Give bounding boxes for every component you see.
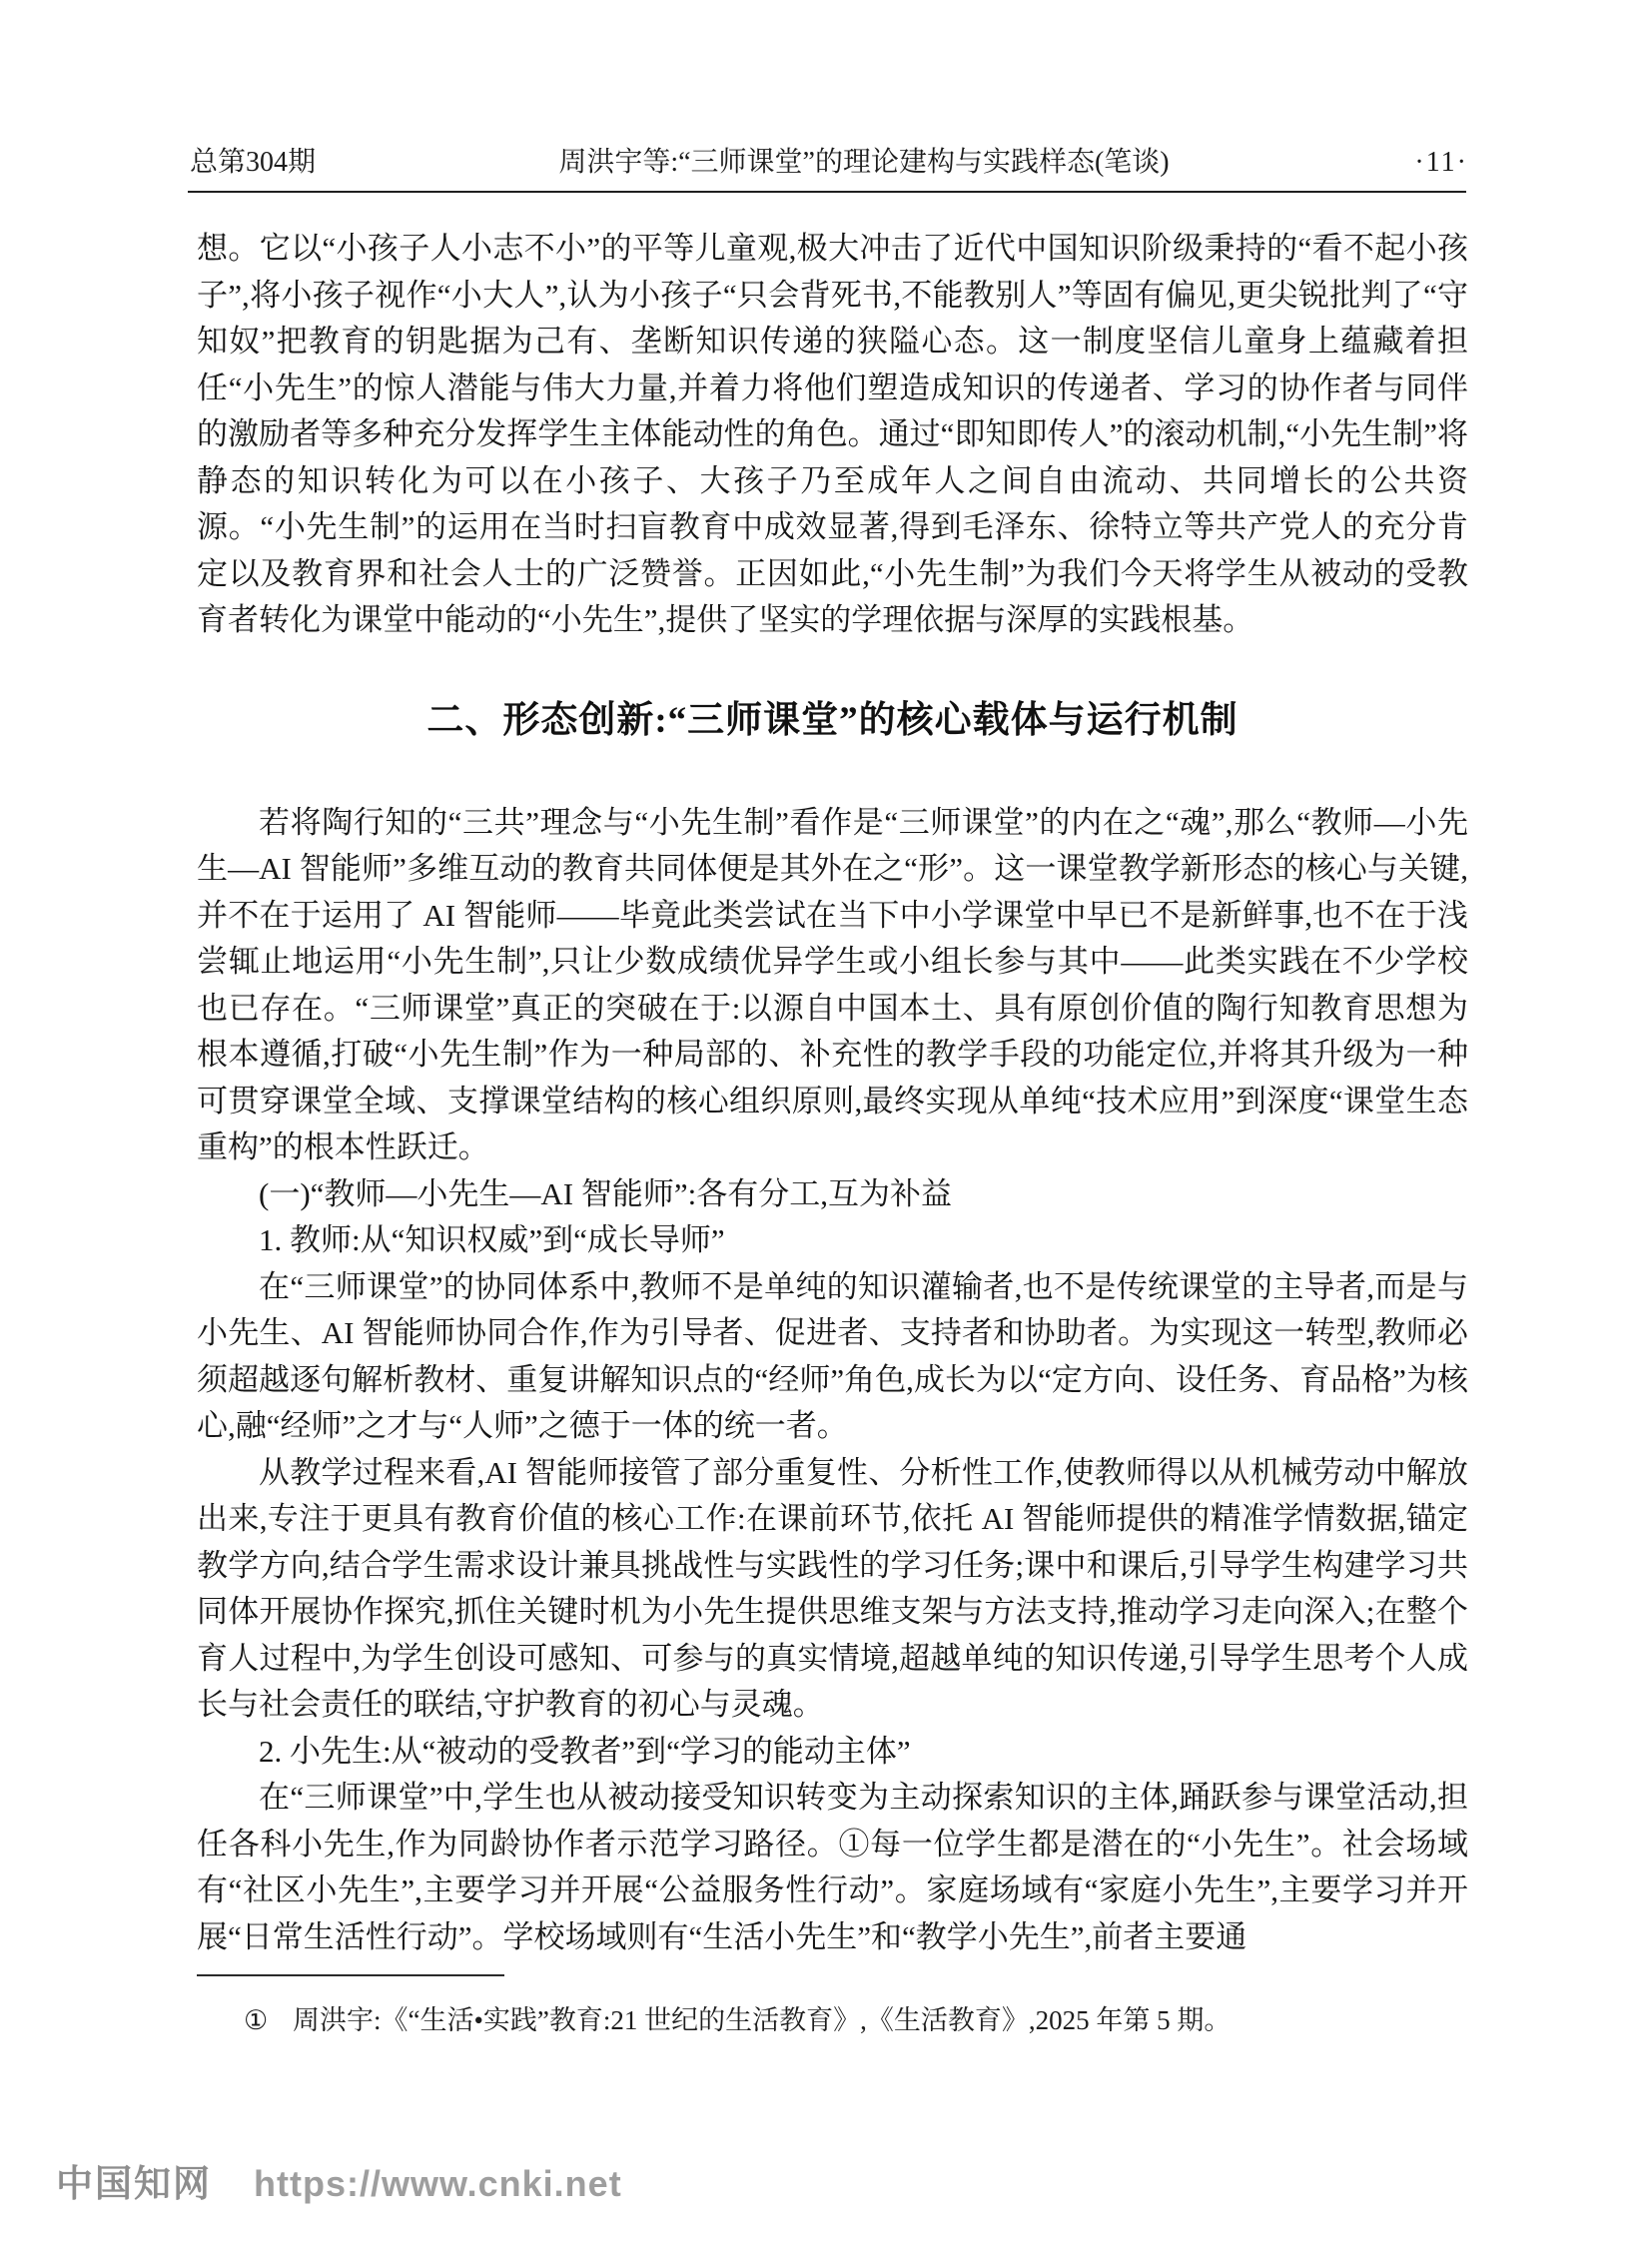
footnote-text: 周洪宇:《“生活•实践”教育:21 世纪的生活教育》,《生活教育》,2025 年… xyxy=(293,2005,1231,2035)
section-heading: 二、形态创新:“三师课堂”的核心载体与运行机制 xyxy=(197,696,1468,746)
paragraph: 在“三师课堂”的协同体系中,教师不是单纯的知识灌输者,也不是传统课堂的主导者,而… xyxy=(197,1264,1468,1450)
header-rule xyxy=(188,191,1466,193)
paragraph: 在“三师课堂”中,学生也从被动接受知识转变为主动探索知识的主体,踊跃参与课堂活动… xyxy=(197,1775,1468,1960)
subsection-heading-1: (一)“教师—小先生—AI 智能师”:各有分工,互为补益 xyxy=(197,1171,1468,1218)
article-body: 想。它以“小孩子人小志不小”的平等儿童观,极大冲击了近代中国知识阶级秉持的“看不… xyxy=(197,226,1468,2040)
subsection-heading-1-1: 1. 教师:从“知识权威”到“成长导师” xyxy=(197,1217,1468,1264)
document-page: 总第304期 周洪宇等:“三师课堂”的理论建构与实践样态(笔谈) ·11· 想。… xyxy=(0,0,1652,2242)
cnki-logo-text: 中国知网 xyxy=(56,2153,212,2207)
subsection-heading-1-2: 2. 小先生:从“被动的受教者”到“学习的能动主体” xyxy=(197,1729,1468,1776)
footnote-rule xyxy=(197,1974,504,1976)
paragraph: 从教学过程来看,AI 智能师接管了部分重复性、分析性工作,使教师得以从机械劳动中… xyxy=(197,1450,1468,1729)
page-header: 总第304期 周洪宇等:“三师课堂”的理论建构与实践样态(笔谈) ·11· xyxy=(190,146,1468,180)
page-number: ·11· xyxy=(1348,146,1468,180)
cnki-url: https://www.cnki.net xyxy=(254,2163,622,2205)
journal-issue: 总第304期 xyxy=(190,146,380,180)
paragraph-continuation: 想。它以“小孩子人小志不小”的平等儿童观,极大冲击了近代中国知识阶级秉持的“看不… xyxy=(197,226,1468,644)
footnote-marker: ① xyxy=(244,2005,268,2035)
footnote: ① 周洪宇:《“生活•实践”教育:21 世纪的生活教育》,《生活教育》,2025… xyxy=(197,2000,1468,2040)
running-title: 周洪宇等:“三师课堂”的理论建构与实践样态(笔谈) xyxy=(380,146,1348,180)
watermark: 中国知网 https://www.cnki.net xyxy=(56,2153,622,2207)
paragraph: 若将陶行知的“三共”理念与“小先生制”看作是“三师课堂”的内在之“魂”,那么“教… xyxy=(197,800,1468,1171)
